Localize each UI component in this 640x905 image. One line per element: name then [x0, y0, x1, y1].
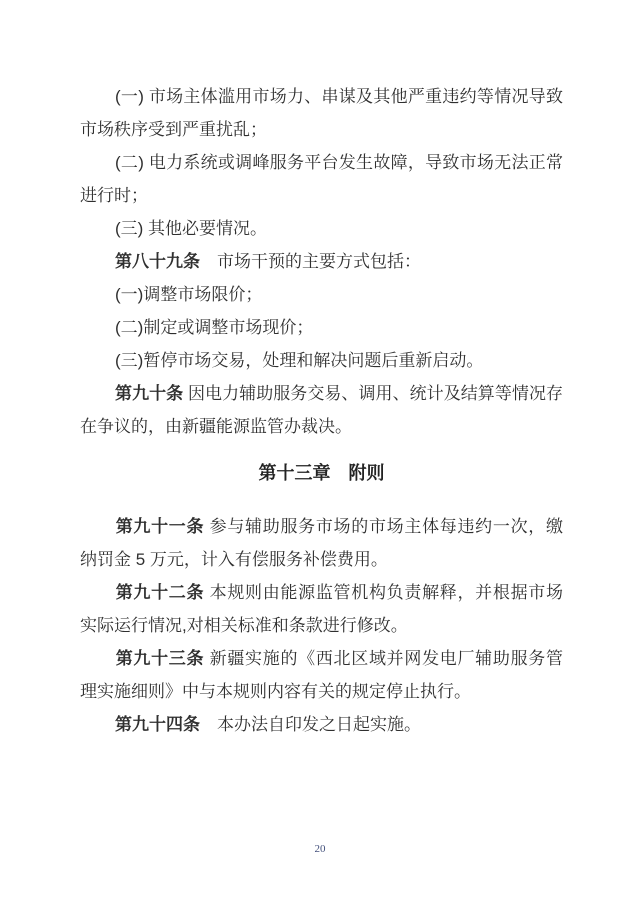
body-text: 本办法自印发之日起实施。 [200, 715, 421, 734]
text-line: 第八十九条 市场干预的主要方式包括： [80, 245, 563, 278]
body-text: (三)暂停市场交易，处理和解决问题后重新启动。 [115, 351, 483, 370]
body-text: 本规则由能源监管机构负责解释，并根据市场 [204, 583, 563, 602]
text-line: 纳罚金 5 万元，计入有偿服务补偿费用。 [80, 543, 563, 576]
body-text: (二) 电力系统或调峰服务平台发生故障，导致市场无法正常 [115, 153, 563, 172]
body-text: 参与辅助服务市场的市场主体每违约一次，缴 [204, 517, 563, 536]
page-number: 20 [0, 843, 640, 855]
text-line: 第九十条 因电力辅助服务交易、调用、统计及结算等情况存 [80, 377, 563, 410]
body-text: 因电力辅助服务交易、调用、统计及结算等情况存 [183, 384, 563, 403]
text-line: (二)制定或调整市场现价； [80, 311, 563, 344]
body-text: (二)制定或调整市场现价； [115, 318, 313, 337]
text-line: 市场秩序受到严重扰乱； [80, 113, 563, 146]
text-line: (一)调整市场限价； [80, 278, 563, 311]
paragraph-block-after-heading: 第九十一条 参与辅助服务市场的市场主体每违约一次，缴纳罚金 5 万元，计入有偿服… [80, 510, 563, 741]
text-line: 理实施细则》中与本规则内容有关的规定停止执行。 [80, 675, 563, 708]
text-line: 第九十二条 本规则由能源监管机构负责解释，并根据市场 [80, 576, 563, 609]
document-page: (一) 市场主体滥用市场力、串谋及其他严重违约等情况导致市场秩序受到严重扰乱；(… [0, 0, 640, 905]
text-line: 第九十一条 参与辅助服务市场的市场主体每违约一次，缴 [80, 510, 563, 543]
body-text: 进行时； [80, 186, 148, 205]
text-line: (一) 市场主体滥用市场力、串谋及其他严重违约等情况导致 [80, 80, 563, 113]
text-line: (三) 其他必要情况。 [80, 212, 563, 245]
article-number: 第八十九条 [115, 252, 200, 271]
article-number: 第九十二条 [115, 583, 204, 602]
body-text: 市场秩序受到严重扰乱； [80, 120, 267, 139]
text-line: 在争议的，由新疆能源监管办裁决。 [80, 410, 563, 443]
body-text: 实际运行情况,对相关标准和条款进行修改。 [80, 616, 408, 635]
text-line: 实际运行情况,对相关标准和条款进行修改。 [80, 609, 563, 642]
body-text: 市场干预的主要方式包括： [200, 252, 421, 271]
body-text: 新疆实施的《西北区域并网发电厂辅助服务管 [204, 649, 563, 668]
body-text: (三) 其他必要情况。 [115, 219, 267, 238]
document-body: (一) 市场主体滥用市场力、串谋及其他严重违约等情况导致市场秩序受到严重扰乱；(… [0, 0, 640, 741]
text-line: 第九十三条 新疆实施的《西北区域并网发电厂辅助服务管 [80, 642, 563, 675]
text-line: 第九十四条 本办法自印发之日起实施。 [80, 708, 563, 741]
text-line: 进行时； [80, 179, 563, 212]
paragraph-block-before-heading: (一) 市场主体滥用市场力、串谋及其他严重违约等情况导致市场秩序受到严重扰乱；(… [80, 80, 563, 443]
body-text: 纳罚金 5 万元，计入有偿服务补偿费用。 [80, 550, 388, 569]
body-text: 理实施细则》中与本规则内容有关的规定停止执行。 [80, 682, 471, 701]
text-line: (三)暂停市场交易，处理和解决问题后重新启动。 [80, 344, 563, 377]
article-number: 第九十四条 [115, 715, 200, 734]
body-text: (一) 市场主体滥用市场力、串谋及其他严重违约等情况导致 [115, 87, 563, 106]
text-line: (二) 电力系统或调峰服务平台发生故障，导致市场无法正常 [80, 146, 563, 179]
body-text: (一)调整市场限价； [115, 285, 262, 304]
article-number: 第九十条 [115, 384, 183, 403]
body-text: 在争议的，由新疆能源监管办裁决。 [80, 417, 352, 436]
article-number: 第九十一条 [115, 517, 204, 536]
chapter-heading: 第十三章 附则 [80, 457, 563, 490]
article-number: 第九十三条 [115, 649, 204, 668]
